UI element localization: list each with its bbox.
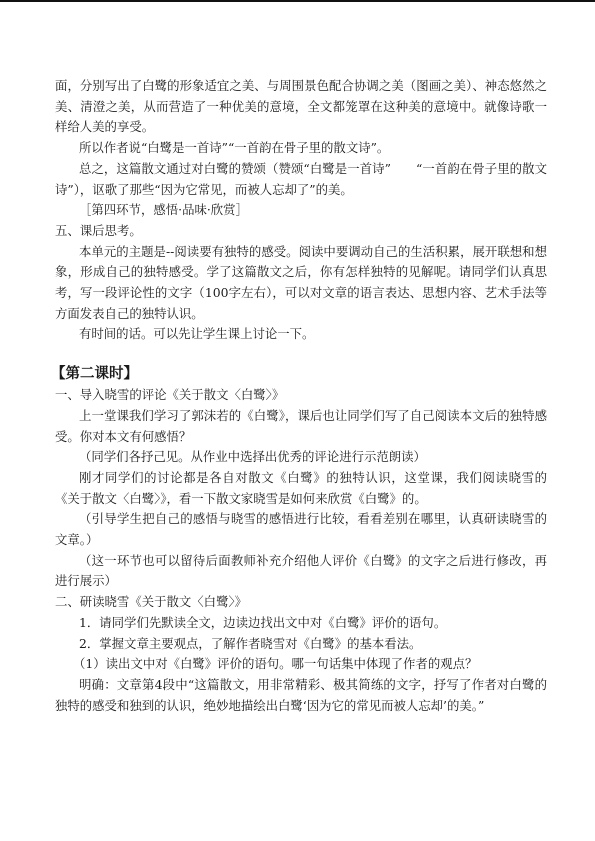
page-top-border bbox=[0, 0, 595, 2]
section-title: 五、课后思考。 bbox=[55, 221, 547, 242]
list-item: 2．掌握文章主要观点，了解作者晓雪对《白鹭》的基本看法。 bbox=[55, 634, 547, 655]
paragraph: 上一堂课我们学习了郭沫若的《白鹭》，课后也让同学们写了自己阅读本文后的独特感受。… bbox=[55, 406, 547, 447]
paragraph: （这一环节也可以留待后面教师补充介绍他人评价《白鹭》的文字之后进行修改，再进行展… bbox=[55, 551, 547, 592]
document-page: 面，分别写出了白鹭的形象适宜之美、与周围景色配合协调之美（图画之美）、神态悠然之… bbox=[55, 76, 547, 716]
section-note: ［第四环节，感悟·品味·欣赏］ bbox=[55, 200, 547, 221]
paragraph: 所以作者说“白鹭是一首诗”“一首韵在骨子里的散文诗”。 bbox=[55, 138, 547, 159]
paragraph: 有时间的话。可以先让学生课上讨论一下。 bbox=[55, 324, 547, 345]
lesson-heading: 【第二课时】 bbox=[51, 363, 547, 385]
paragraph: （同学们各抒己见。从作业中选择出优秀的评论进行示范朗读） bbox=[55, 447, 547, 468]
paragraph: （引导学生把自己的感悟与晓雪的感悟进行比较，看看差别在哪里，认真研读晓雪的文章。… bbox=[55, 509, 547, 550]
paragraph: 面，分别写出了白鹭的形象适宜之美、与周围景色配合协调之美（图画之美）、神态悠然之… bbox=[55, 76, 547, 138]
paragraph: 总之，这篇散文通过对白鹭的赞颂（赞颂“白鹭是一首诗” “一首韵在骨子里的散文诗”… bbox=[55, 159, 547, 200]
paragraph: 明确：文章第4段中“这篇散文，用非常精彩、极其简练的文字，抒写了作者对白鹭的独特… bbox=[55, 675, 547, 716]
section-title: 一、导入晓雪的评论《关于散文〈白鹭〉》 bbox=[55, 385, 547, 406]
list-item: 1．请同学们先默读全文，边读边找出文中对《白鹭》评价的语句。 bbox=[55, 613, 547, 634]
paragraph: 本单元的主题是--阅读要有独特的感受。阅读中要调动自己的生活积累，展开联想和想象… bbox=[55, 242, 547, 325]
paragraph: 刚才同学们的讨论都是各自对散文《白鹭》的独特认识，这堂课，我们阅读晓雪的《关于散… bbox=[55, 468, 547, 509]
section-title: 二、研读晓雪《关于散文〈白鹭〉》 bbox=[55, 592, 547, 613]
sub-item: （1）读出文中对《白鹭》评价的语句。哪一句话集中体现了作者的观点？ bbox=[55, 654, 547, 675]
